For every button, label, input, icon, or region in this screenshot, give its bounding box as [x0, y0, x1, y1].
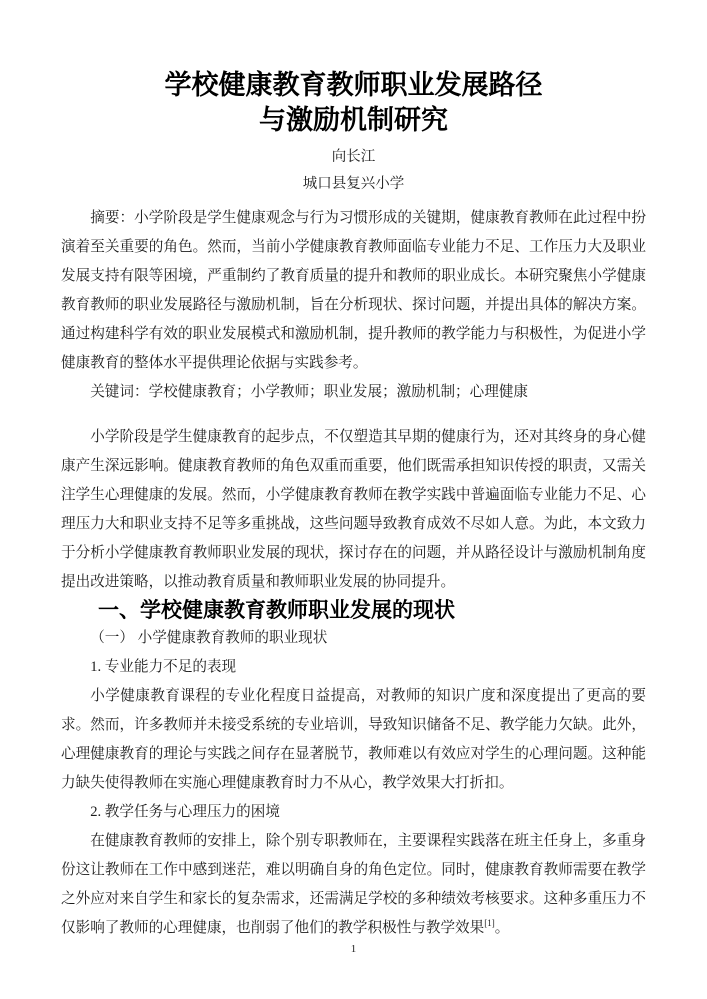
item-2-paragraph-tail: 。 [495, 920, 510, 936]
item-1-paragraph: 小学健康教育课程的专业化程度日益提高，对教师的知识广度和深度提出了更高的要求。然… [61, 682, 646, 798]
author-name: 向长江 [61, 144, 646, 171]
document-title: 学校健康教育教师职业发展路径 与激励机制研究 [61, 68, 646, 138]
item-1-heading: 1. 专业能力不足的表现 [61, 653, 646, 682]
abstract-paragraph: 摘要：小学阶段是学生健康观念与行为习惯形成的关键期，健康教育教师在此过程中扮演着… [61, 204, 646, 378]
item-2-heading: 2. 教学任务与心理压力的困境 [61, 798, 646, 827]
document-page: 学校健康教育教师职业发展路径 与激励机制研究 向长江 城口县复兴小学 摘要：小学… [0, 0, 707, 999]
affiliation: 城口县复兴小学 [61, 171, 646, 198]
item-2-paragraph-text: 在健康教育教师的安排上，除个别专职教师在，主要课程实践落在班主任身上，多重身份这… [61, 833, 646, 936]
introduction-paragraph: 小学阶段是学生健康教育的起步点，不仅塑造其早期的健康行为，还对其终身的身心健康产… [61, 423, 646, 597]
section-1-heading: 一、学校健康教育教师职业发展的现状 [61, 597, 646, 624]
citation-ref-1: [1] [484, 918, 495, 928]
page-number: 1 [0, 943, 707, 955]
title-line-1: 学校健康教育教师职业发展路径 [61, 68, 646, 103]
title-line-2: 与激励机制研究 [61, 103, 646, 138]
item-2-paragraph: 在健康教育教师的安排上，除个别专职教师在，主要课程实践落在班主任身上，多重身份这… [61, 827, 646, 943]
keywords-line: 关键词：学校健康教育；小学教师；职业发展；激励机制；心理健康 [61, 378, 646, 407]
subsection-1-heading: （一） 小学健康教育教师的职业现状 [61, 624, 646, 653]
